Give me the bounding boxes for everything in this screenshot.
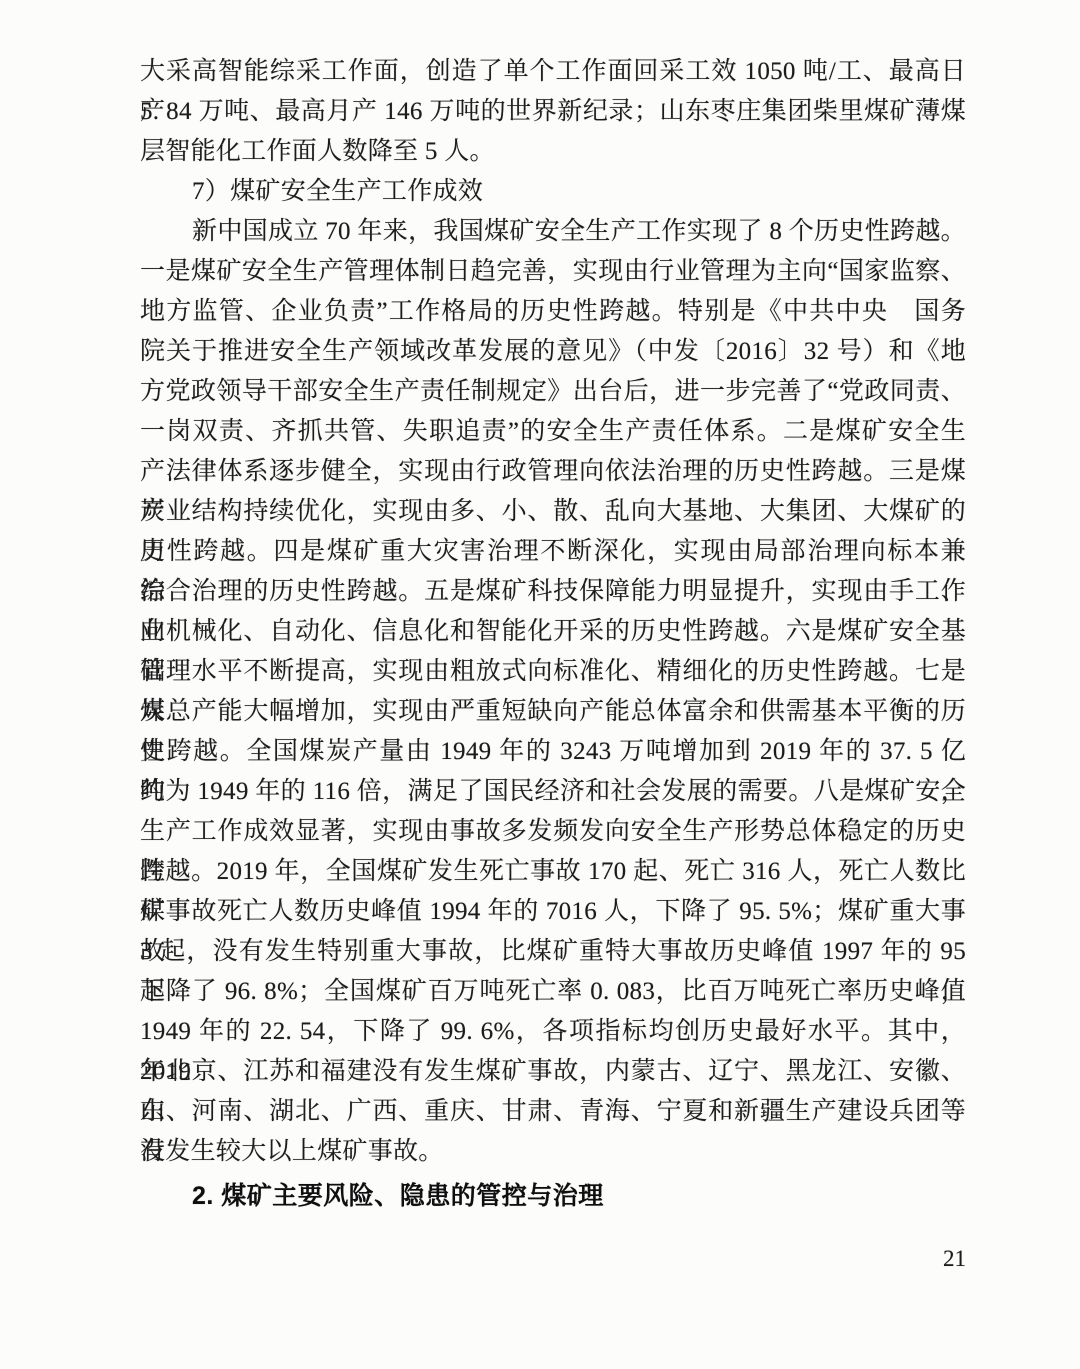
page-footer: 21 bbox=[140, 1246, 966, 1272]
text-line: 史性跨越。四是煤矿重大灾害治理不断深化，实现由局部治理向标本兼治、 bbox=[140, 532, 966, 572]
text-line: 向机械化、自动化、信息化和智能化开采的历史性跨越。六是煤矿安全基础 bbox=[140, 612, 966, 652]
text-line: 有发生较大以上煤矿事故。 bbox=[140, 1132, 966, 1172]
text-line: 一是煤矿安全生产管理体制日趋完善，实现由行业管理为主向“国家监察、 bbox=[140, 252, 966, 292]
document-page: 大采高智能综采工作面，创造了单个工作面回采工效 1050 吨/工、最高日产5. … bbox=[0, 0, 1080, 1369]
text-line: 层智能化工作面人数降至 5 人。 bbox=[140, 132, 966, 172]
text-line: 综合治理的历史性跨越。五是煤矿科技保障能力明显提升，实现由手工作业 bbox=[140, 572, 966, 612]
text-line: 炭总产能大幅增加，实现由严重短缺向产能总体富余和供需基本平衡的历史 bbox=[140, 692, 966, 732]
text-line: 大采高智能综采工作面，创造了单个工作面回采工效 1050 吨/工、最高日产 bbox=[140, 52, 966, 92]
text-line: 年北京、江苏和福建没有发生煤矿事故，内蒙古、辽宁、黑龙江、安徽、山 bbox=[140, 1052, 966, 1092]
text-line: 管理水平不断提高，实现由粗放式向标准化、精细化的历史性跨越。七是煤 bbox=[140, 652, 966, 692]
text-line: 新中国成立 70 年来，我国煤矿安全生产工作实现了 8 个历史性跨越。 bbox=[140, 212, 966, 252]
text-line: 1949 年的 22. 54，下降了 99. 6%，各项指标均创历史最好水平。其… bbox=[140, 1012, 966, 1052]
text-line: 下降了 96. 8%；全国煤矿百万吨死亡率 0. 083，比百万吨死亡率历史峰值 bbox=[140, 972, 966, 1012]
text-line: 方党政领导干部安全生产责任制规定》出台后，进一步完善了“党政同责、 bbox=[140, 372, 966, 412]
text-line: 产业结构持续优化，实现由多、小、散、乱向大基地、大集团、大煤矿的历 bbox=[140, 492, 966, 532]
text-line: 性跨越。全国煤炭产量由 1949 年的 3243 万吨增加到 2019 年的 3… bbox=[140, 732, 966, 772]
text-line: 地方监管、企业负责”工作格局的历史性跨越。特别是《中共中央 国务 bbox=[140, 292, 966, 332]
document-text-block: 大采高智能综采工作面，创造了单个工作面回采工效 1050 吨/工、最高日产5. … bbox=[140, 52, 966, 1216]
text-line: 3 起，没有发生特别重大事故，比煤矿重特大事故历史峰值 1997 年的 95 起… bbox=[140, 932, 966, 972]
section-heading: 2. 煤矿主要风险、隐患的管控与治理 bbox=[140, 1176, 966, 1216]
text-line: 生产工作成效显著，实现由事故多发频发向安全生产形势总体稳定的历史性 bbox=[140, 812, 966, 852]
text-line: 7）煤矿安全生产工作成效 bbox=[140, 172, 966, 212]
text-line: 跨越。2019 年，全国煤矿发生死亡事故 170 起、死亡 316 人，死亡人数… bbox=[140, 852, 966, 892]
page-number: 21 bbox=[943, 1246, 966, 1271]
text-line: 东、河南、湖北、广西、重庆、甘肃、青海、宁夏和新疆生产建设兵团等没 bbox=[140, 1092, 966, 1132]
text-line: 一岗双责、齐抓共管、失职追责”的安全生产责任体系。二是煤矿安全生 bbox=[140, 412, 966, 452]
text-line: 院关于推进安全生产领域改革发展的意见》（中发〔2016〕32 号）和《地 bbox=[140, 332, 966, 372]
text-line: 5. 84 万吨、最高月产 146 万吨的世界新纪录；山东枣庄集团柴里煤矿薄煤 bbox=[140, 92, 966, 132]
text-line: 约为 1949 年的 116 倍，满足了国民经济和社会发展的需要。八是煤矿安全 bbox=[140, 772, 966, 812]
text-line: 矿事故死亡人数历史峰值 1994 年的 7016 人，下降了 95. 5%；煤矿… bbox=[140, 892, 966, 932]
text-line: 产法律体系逐步健全，实现由行政管理向依法治理的历史性跨越。三是煤炭 bbox=[140, 452, 966, 492]
